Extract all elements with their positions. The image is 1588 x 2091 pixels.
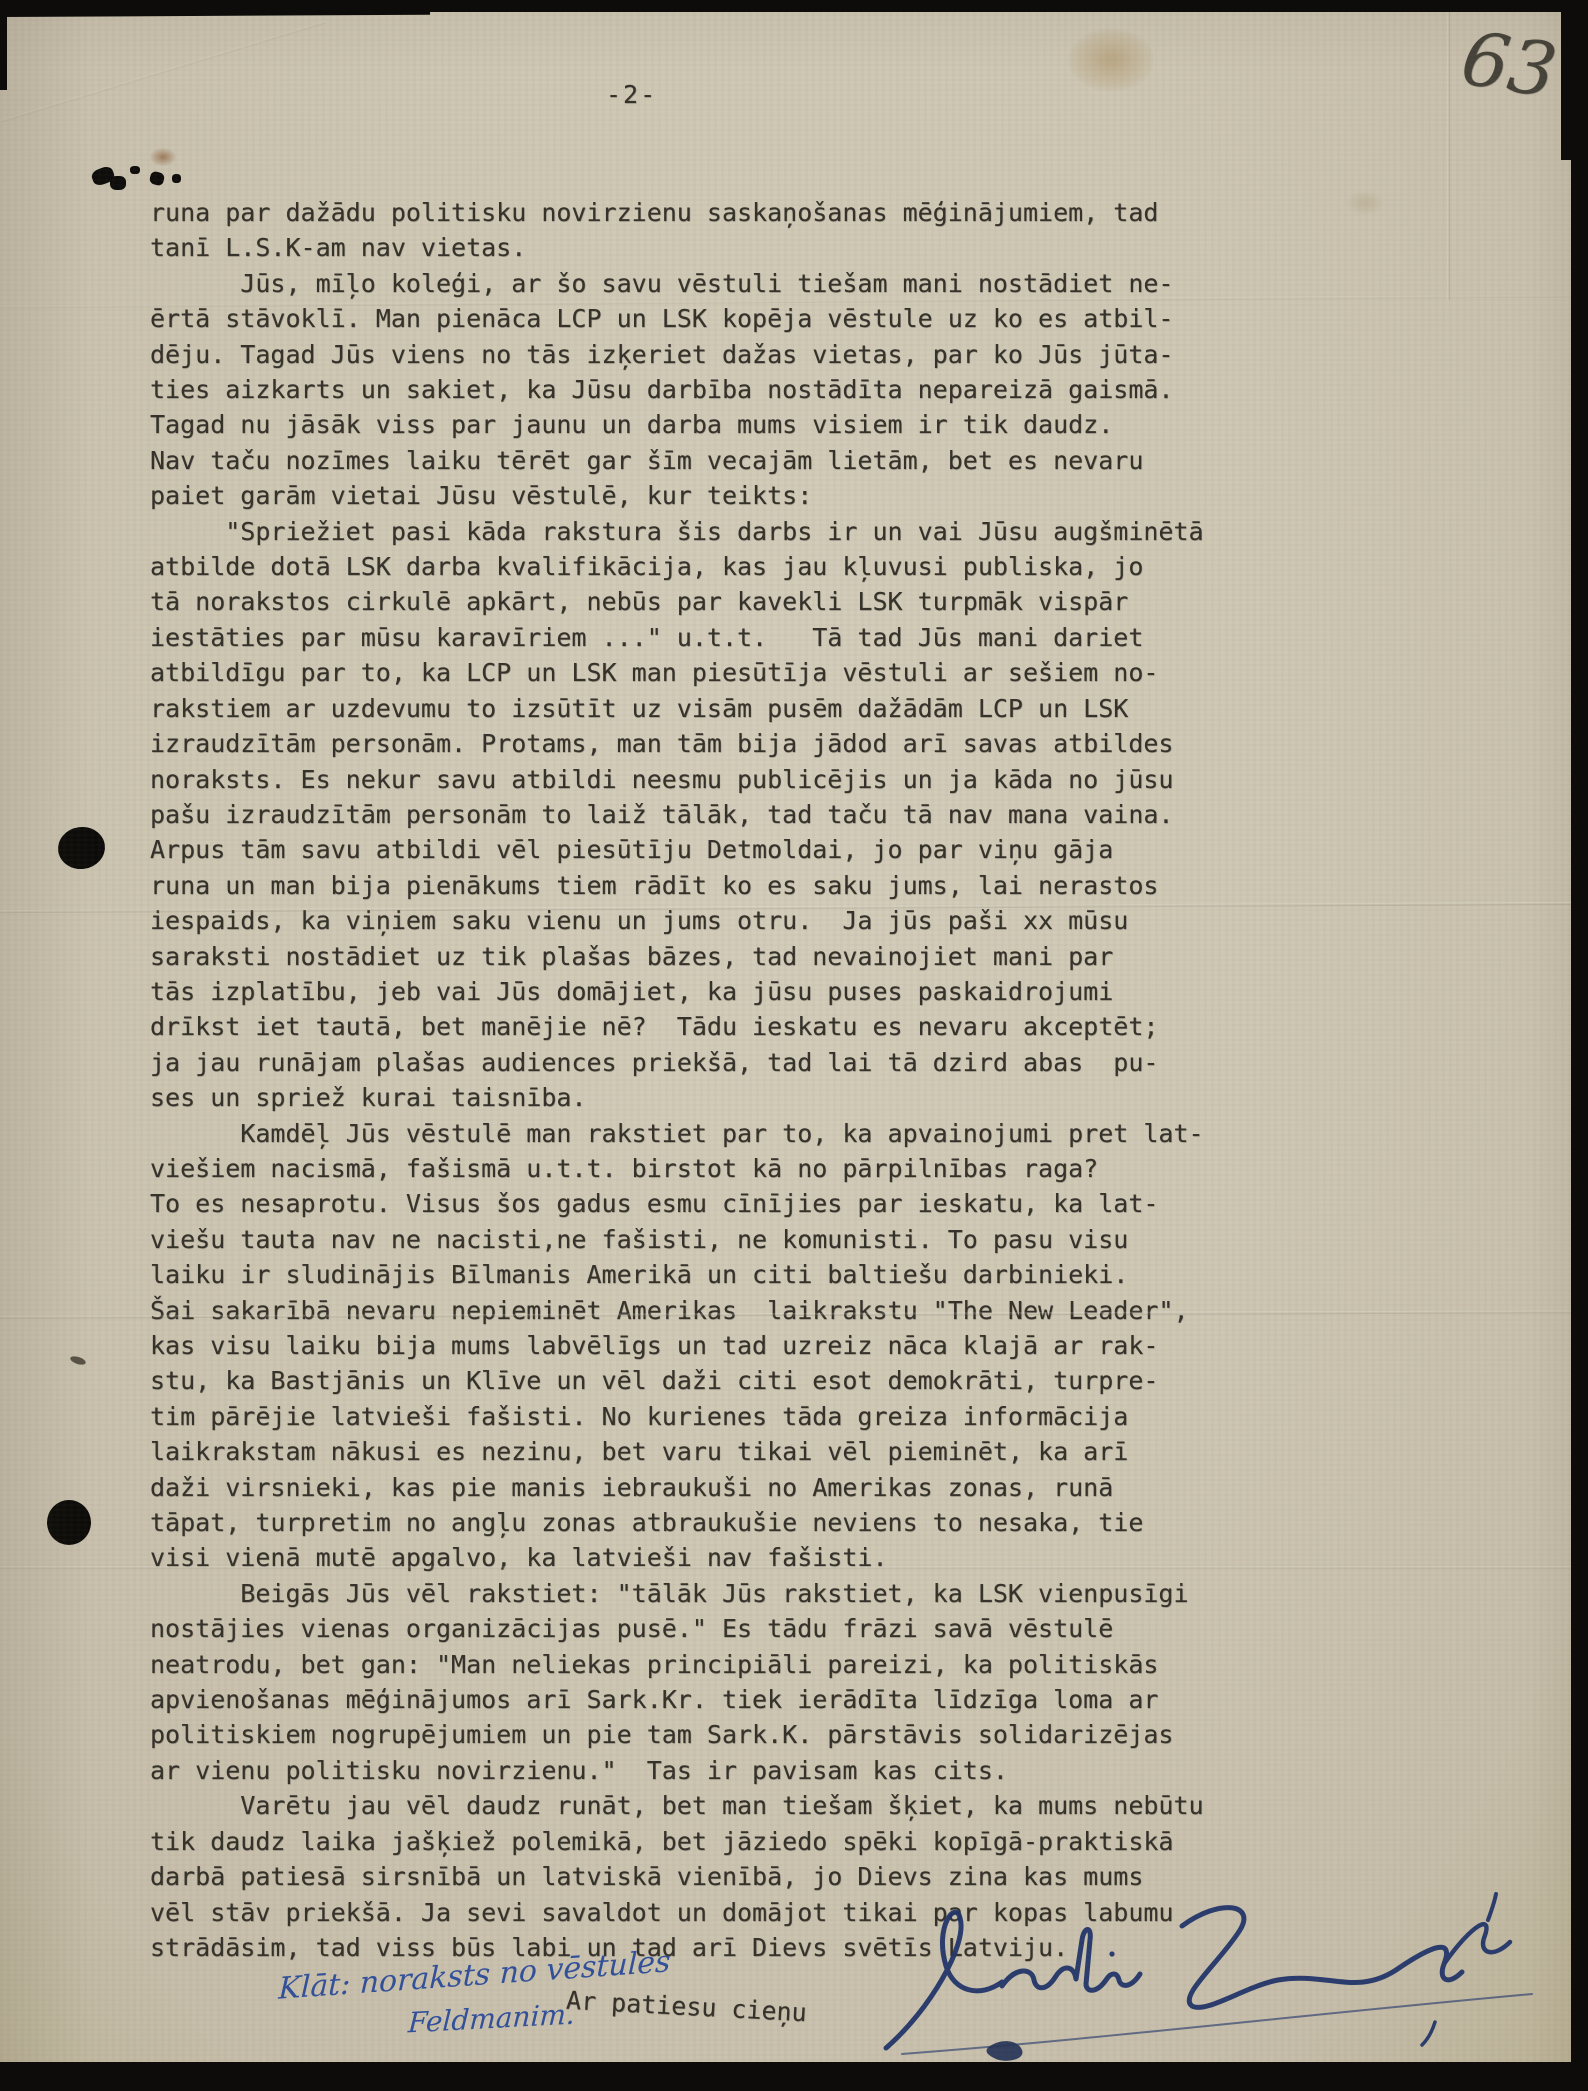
typed-line: laikrakstam nākusi es nezinu, bet varu t… (150, 1434, 1260, 1469)
typed-line: stu, ka Bastjānis un Klīve un vēl daži c… (150, 1363, 1260, 1398)
typed-closing: Ar patiesu cieņu (565, 1986, 807, 2028)
typed-line: drīkst iet tautā, bet manējie nē? Tādu i… (150, 1009, 1260, 1044)
typed-line: Nav taču nozīmes laiku tērēt gar šīm vec… (150, 443, 1260, 478)
signature (790, 1882, 1570, 2072)
typed-line: nostājies vienas organizācijas pusē." Es… (150, 1611, 1260, 1646)
ink-smudge (69, 1355, 86, 1367)
typed-line: Varētu jau vēl daudz runāt, bet man tieš… (150, 1788, 1260, 1823)
typed-line: tanī L.S.K-am nav vietas. (150, 230, 1260, 265)
typed-line: saraksti nostādiet uz tik plašas bāzes, … (150, 939, 1260, 974)
typed-line: daži virsnieki, kas pie manis iebraukuši… (150, 1470, 1260, 1505)
typed-line: atbilde dotā LSK darba kvalifikācija, ka… (150, 549, 1260, 584)
typed-line: Šai sakarībā nevaru nepieminēt Amerikas … (150, 1293, 1260, 1328)
scan-edge-left-top (0, 0, 7, 90)
paper-crease (0, 21, 326, 123)
letter-body: runa par dažādu politisku novirzienu sas… (150, 195, 1260, 1965)
typed-line: viešu tauta nav ne nacisti,ne fašisti, n… (150, 1222, 1260, 1257)
typed-line: noraksts. Es nekur savu atbildi neesmu p… (150, 762, 1260, 797)
typed-line: kas visu laiku bija mums labvēlīgs un ta… (150, 1328, 1260, 1363)
typed-line: iespaids, ka viņiem saku vienu un jums o… (150, 903, 1260, 938)
typed-line: Beigās Jūs vēl rakstiet: "tālāk Jūs raks… (150, 1576, 1260, 1611)
handwritten-enclosure-note-name: Feldmanim. (407, 1998, 576, 2040)
typed-line: tik daudz laika jašķiež polemikā, bet jā… (150, 1824, 1260, 1859)
typed-line: neatrodu, bet gan: "Man neliekas princip… (150, 1647, 1260, 1682)
typed-line: tim pārējie latvieši fašisti. No kuriene… (150, 1399, 1260, 1434)
typed-line: viešiem nacismā, fašismā u.t.t. birstot … (150, 1151, 1260, 1186)
typed-line: Arpus tām savu atbildi vēl piesūtīju Det… (150, 832, 1260, 867)
typed-line: pašu izraudzītām personām to laiž tālāk,… (150, 797, 1260, 832)
scan-edge-top-left (0, 0, 430, 17)
typed-line: rakstiem ar uzdevumu to izsūtīt uz visām… (150, 691, 1260, 726)
typed-line: ērtā stāvoklī. Man pienāca LCP un LSK ko… (150, 301, 1260, 336)
typed-line: Tagad nu jāsāk viss par jaunu un darba m… (150, 407, 1260, 442)
punch-hole (55, 824, 107, 872)
typed-line: paiet garām vietai Jūsu vēstulē, kur tei… (150, 478, 1260, 513)
staple-mark (92, 160, 202, 198)
scan-edge-right (1571, 0, 1588, 2091)
scan-edge-bottom (0, 2062, 1588, 2091)
page-number: -2- (606, 80, 657, 109)
paper-stain (1345, 190, 1385, 216)
typed-line: Kamdēļ Jūs vēstulē man rakstiet par to, … (150, 1116, 1260, 1151)
typed-line: ar vienu politisku novirzienu." Tas ir p… (150, 1753, 1260, 1788)
paper-crease (1447, 0, 1450, 300)
typed-line: To es nesaprotu. Visus šos gadus esmu cī… (150, 1186, 1260, 1221)
typed-line: apvienošanas mēģinājumos arī Sark.Kr. ti… (150, 1682, 1260, 1717)
typed-line: Jūs, mīļo koleģi, ar šo savu vēstuli tie… (150, 266, 1260, 301)
typed-line: "Spriežiet pasi kāda rakstura šis darbs … (150, 514, 1260, 549)
typed-line: laiku ir sludinājis Bīlmanis Amerikā un … (150, 1257, 1260, 1292)
typed-line: atbildīgu par to, ka LCP un LSK man pies… (150, 655, 1260, 690)
typed-line: dēju. Tagad Jūs viens no tās izķeriet da… (150, 337, 1260, 372)
typed-line: ses un spriež kurai taisnība. (150, 1080, 1260, 1115)
typed-line: iestāties par mūsu karavīriem ..." u.t.t… (150, 620, 1260, 655)
scanned-letter-page: -2- 63 runa par dažādu politisku novirzi… (0, 0, 1588, 2091)
typed-line: tā norakstos cirkulē apkārt, nebūs par k… (150, 584, 1260, 619)
typed-line: ties aizkarts un sakiet, ka Jūsu darbība… (150, 372, 1260, 407)
typed-line: izraudzītām personām. Protams, man tām b… (150, 726, 1260, 761)
typed-line: ja jau runājam plašas audiences priekšā,… (150, 1045, 1260, 1080)
typed-line: runa par dažādu politisku novirzienu sas… (150, 195, 1260, 230)
typed-line: politiskiem nogrupējumiem un pie tam Sar… (150, 1717, 1260, 1752)
archive-number-handwritten: 63 (1456, 15, 1562, 115)
typed-line: tāpat, turpretim no angļu zonas atbrauku… (150, 1505, 1260, 1540)
paper-stain (1068, 28, 1154, 92)
punch-hole (47, 1500, 91, 1545)
scan-edge-right-top (1561, 0, 1588, 160)
typed-line: tās izplatību, jeb vai Jūs domājiet, ka … (150, 974, 1260, 1009)
typed-line: runa un man bija pienākums tiem rādīt ko… (150, 868, 1260, 903)
typed-line: visi vienā mutē apgalvo, ka latvieši nav… (150, 1540, 1260, 1575)
